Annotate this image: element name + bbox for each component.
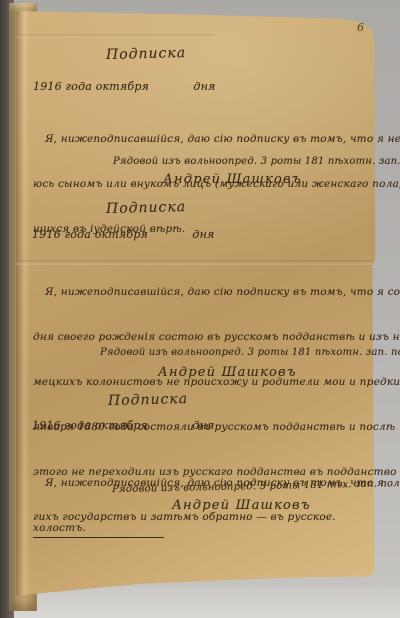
page-number: 6	[357, 21, 364, 34]
body-line: холостъ.	[33, 521, 375, 538]
section-2-date-line: 1916 года октября дня	[32, 228, 215, 241]
left-fold-crease	[16, 8, 30, 604]
section-3-heading: Подписка	[108, 391, 188, 409]
section-3-signature-name: Андрей Шашковъ	[172, 498, 311, 513]
section-2-signature-rank: Рядовой изъ вольноопред. 3 роты 181 пѣхо…	[100, 347, 400, 358]
section-1-signature-name: Андрей Шашковъ	[163, 172, 302, 187]
section-1-date-line: 1916 года октября дня	[33, 80, 216, 93]
section-2-heading: Подписка	[106, 199, 186, 217]
archival-photo: 6 Подписка 1916 года октября дня Я, ниже…	[0, 0, 400, 618]
section-1-signature-rank: Рядовой изъ вольноопред. 3 роты 181 пѣхо…	[113, 156, 400, 167]
section-3-date-line: 1916 года октября дня	[32, 419, 215, 432]
top-crease	[16, 34, 214, 38]
section-2-signature-name: Андрей Шашковъ	[158, 365, 297, 380]
section-1-heading: Подписка	[106, 45, 186, 63]
body-line: Я, нижеподписавшійся, даю сію подписку в…	[33, 285, 375, 300]
body-line: Я, нижеподписавшійся, даю сію подписку в…	[33, 132, 375, 147]
body-line: дня своего рожденія состою въ русскомъ п…	[33, 330, 375, 345]
underlined-word: холостъ.	[33, 521, 164, 538]
